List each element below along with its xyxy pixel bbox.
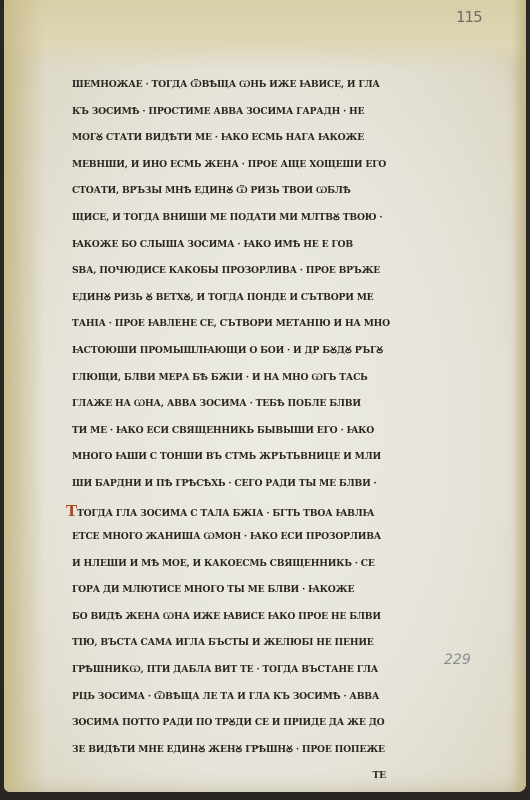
text-line: грѣшникѡ, пти дабла вит те · тогда въста… [72, 657, 392, 684]
page-edge-right [512, 0, 526, 792]
text-line: стоати, връзы мнѣ единꙋ ѿ ризь твои ѡблѣ [72, 178, 392, 205]
text-line: къ зосимѣ · простиме авва зосима гарадн … [72, 99, 392, 126]
rubricated-initial: Т [66, 502, 77, 520]
text-line: етсе много жаниша ѡмон · ꙗко еси прозорл… [72, 524, 392, 551]
text-line: тію, въста сама игла бъсты и желюбі не п… [72, 630, 392, 657]
text-line: глющи, блви мера бѣ бжіи · и на мно ѡгь … [72, 365, 392, 392]
text-line-with-initial: Ттогда гла зосима с тала бжіа · бгть тво… [72, 498, 392, 525]
text-line: щисе, и тогда вниши ме подати ми млтвꙋ т… [72, 205, 392, 232]
text-line: единꙋ ризь ꙋ ветхꙋ, и тогда понде и сътв… [72, 285, 392, 312]
text-line: бо видѣ жена ѡна иже ꙗвисе ꙗко прое не б… [72, 604, 392, 631]
folio-number: 115 [456, 8, 482, 26]
text-line: могꙋ стати видѣти ме · ꙗко есмь нага ꙗко… [72, 125, 392, 152]
manuscript-page: 115 шемножае · тогда ѿвѣща ѡнь иже ꙗвисе… [4, 0, 526, 792]
text-line: таніа · прое ꙗвлене се, сътвори метанію … [72, 311, 392, 338]
text-line: ꙗкоже бо слыша зосима · ꙗко имѣ не е гов [72, 232, 392, 259]
text-line: рць зосима · ѿвѣща ле та и гла къ зосимѣ… [72, 684, 392, 711]
water-stain-top [4, 0, 526, 70]
manuscript-text-block: шемножае · тогда ѿвѣща ѡнь иже ꙗвисе, и … [72, 72, 392, 790]
page-edge-left [4, 0, 44, 792]
text-line: ѕва, почюдисе какобы прозорлива · прое в… [72, 258, 392, 285]
text-line: ти ме · ꙗко еси священникь бывыши его · … [72, 418, 392, 445]
archive-pencil-number: 229 [444, 652, 471, 668]
text-line: зе видѣти мне единꙋ женꙋ грѣшнꙋ · прое п… [72, 737, 392, 764]
text-line: шемножае · тогда ѿвѣща ѡнь иже ꙗвисе, и … [72, 72, 392, 99]
text-line: много ꙗши с тонши въ стмь жрътьвнице и м… [72, 444, 392, 471]
text-line: и нлеши и мѣ мое, и какоесмь священникь … [72, 551, 392, 578]
text-line: ши бардни и пѣ грѣсѣхь · сего ради ты ме… [72, 471, 392, 498]
text-line: ꙗстоюши промышлꙗющи о бои · и др бꙋдꙋ ръ… [72, 338, 392, 365]
text-line: глаже на ѡна, авва зосима · тебѣ побле б… [72, 391, 392, 418]
text-line: зосима потто ради по трꙋди се и пріиде д… [72, 710, 392, 737]
text-line: тогда гла зосима с тала бжіа · бгть твоа… [77, 508, 374, 519]
text-line: мевнши, и ино есмь жена · прое аще хощеш… [72, 152, 392, 179]
text-line: гора ди млютисе много ты ме блви · ꙗкоже [72, 577, 392, 604]
catchword: те [72, 763, 392, 790]
